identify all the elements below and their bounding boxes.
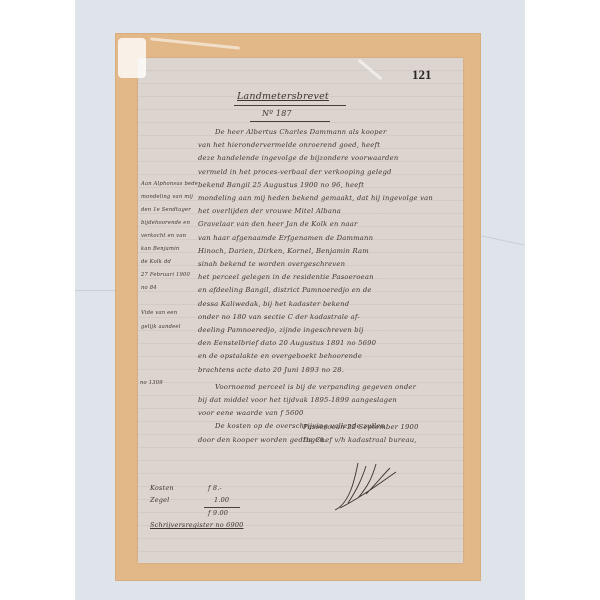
body-line: brachtens acte dato 20 Juni 1893 no 28. [198,366,344,374]
costs-total: f 9.00 [208,509,228,517]
body-line: sinah bekend te worden overgeschreven [198,260,345,268]
body-line: en de opstalakte en overgeboekt behooren… [198,352,362,360]
office-title: De Chef v/h kadastraal bureau, [303,436,417,444]
document-title: Landmetersbrevet [237,91,329,102]
margin-note: mondeling van mij [141,194,193,200]
body-line: en afdeeling Bangil, district Pamnoeredj… [198,286,372,294]
margin-note: kan Benjamin [141,246,179,252]
margin-note: bijdehoorende en [141,220,190,226]
body-line: onder no 180 van sectie C der kadastrale… [198,313,360,321]
page-number: 121 [412,67,432,83]
body-line: deeling Pamnoeredjo, zijnde ingeschreven… [198,326,364,334]
stamp-value: 1.00 [214,496,229,504]
body-line: deze handelende ingevolge de bijzondere … [198,154,398,162]
body-line: vermeld in het proces-verbaal der verkoo… [198,168,392,176]
margin-note: 27 Februari 1900 [141,272,190,278]
stamp-label: Zegel [150,496,169,504]
margin-note: verkocht en van [141,233,186,239]
register-number: Schrijversregister no 6900 [150,521,244,529]
body-line: van haar afgenaamde Erfgenamen de Damman… [198,234,373,242]
margin-note: Vide van een [141,310,177,316]
title-underline [234,105,346,106]
number-underline [250,121,330,122]
body-line: het overlijden der vrouwe Mitel Albana [198,207,341,215]
document-number: Nº 187 [262,109,292,118]
margin-note: Aan Alphonsus bede [141,181,198,187]
margin-note: no 84 [141,285,157,291]
body-line: voor eene waarde van f 5600 [198,409,304,417]
body-line: De heer Albertus Charles Dammann als koo… [215,128,386,136]
body-line: Voornoemd perceel is bij de verpanding g… [215,383,416,391]
plastic-glare [118,38,146,78]
body-line: mondeling aan mij heden bekend gemaakt, … [198,194,433,202]
body-line: dessa Kaliwedak, bij het kadaster bekend [198,300,349,308]
margin-note: den 1e Sendtager [141,207,191,213]
costs-value: f 8.- [208,484,222,492]
place-date: Pasoeroean 22 September 1900 [303,423,419,431]
body-line: bij dat middel voor het tijdvak 1895-189… [198,396,397,404]
body-line: den Eenstelbrief dato 20 Augustus 1891 n… [198,339,376,347]
body-line: van het hierondervermelde onroerend goed… [198,141,380,149]
margin-note: de Kolk dd [141,259,171,265]
costs-label: Kosten [150,484,174,492]
body-line: Gravelaar van den heer Jan de Kolk en na… [198,220,357,228]
costs-total-rule [204,507,240,508]
body-line: bekend Bangil 25 Augustus 1900 no 96, he… [198,181,364,189]
body-line: het perceel gelegen in de residentie Pas… [198,273,374,281]
backdrop-crease [75,290,115,291]
margin-reference: no 1309 [140,380,163,386]
margin-note: gelijk aandeel [141,324,181,330]
body-line: Hinoch, Darien, Dirken, Kornel, Benjamin… [198,247,369,255]
signature [330,458,400,513]
